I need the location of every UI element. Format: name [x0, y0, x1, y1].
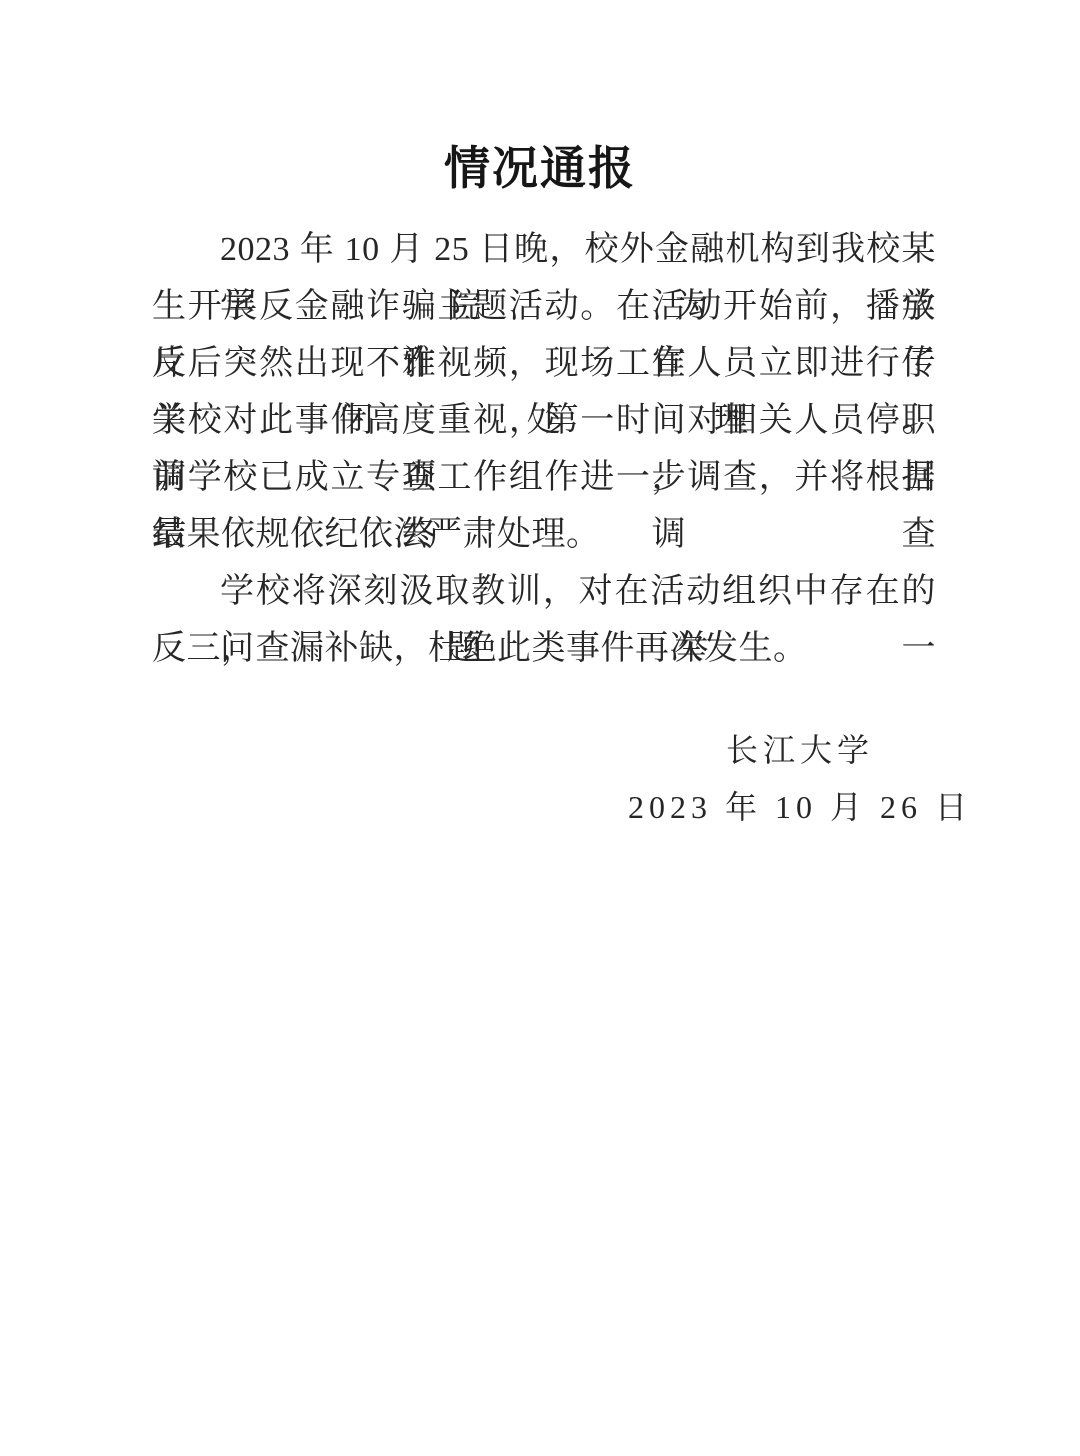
paragraph: 学校将深刻汲取教训，对在活动组织中存在的问题举一反三，查漏补缺，杜绝此类事件再次…	[152, 563, 936, 677]
body-line: 学校将深刻汲取教训，对在活动组织中存在的问题举一	[152, 563, 936, 620]
signature-block: 长江大学 2023 年 10 月 26 日	[600, 722, 1000, 836]
body-line: 前学校已成立专项工作组作进一步调查，并将根据最终调查	[152, 449, 936, 506]
body-line: 生开展反金融诈骗主题活动。在活动开始前，播放反诈宣传	[152, 278, 936, 335]
paragraph: 2023 年 10 月 25 日晚，校外金融机构到我校某学院为学生开展反金融诈骗…	[152, 221, 936, 563]
notice-page: 情况通报 2023 年 10 月 25 日晚，校外金融机构到我校某学院为学生开展…	[0, 0, 1080, 1456]
page-title: 情况通报	[0, 0, 1080, 195]
signature-date: 2023 年 10 月 26 日	[600, 779, 1000, 836]
body-line: 2023 年 10 月 25 日晚，校外金融机构到我校某学院为学	[152, 221, 936, 278]
body-line: 片后突然出现不雅视频，现场工作人员立即进行了关闭处理。	[152, 335, 936, 392]
body-line: 学校对此事件高度重视，第一时间对相关人员停职调查，目	[152, 392, 936, 449]
document-body: 2023 年 10 月 25 日晚，校外金融机构到我校某学院为学生开展反金融诈骗…	[0, 221, 1080, 677]
signature-org: 长江大学	[600, 722, 1000, 779]
